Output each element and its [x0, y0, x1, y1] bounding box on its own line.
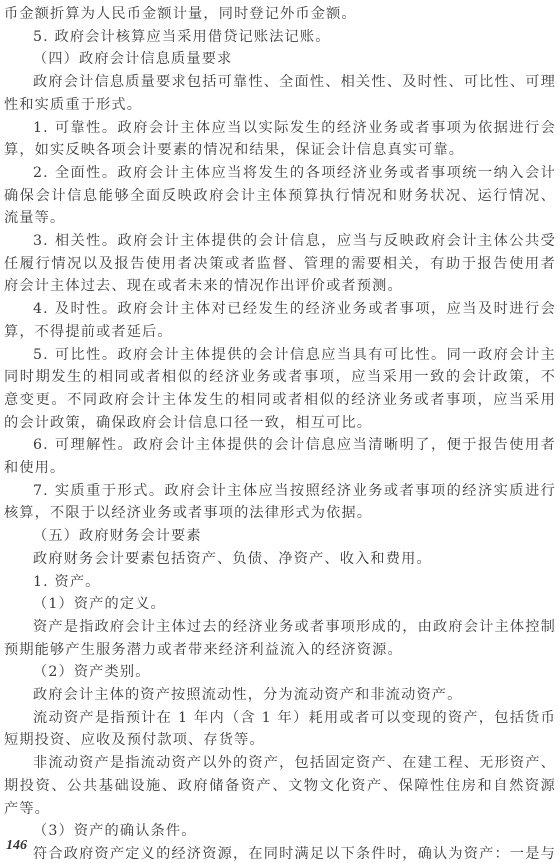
text-line: 和使用。: [4, 457, 65, 480]
text-line: （3）资产的确认条件。: [33, 820, 197, 843]
text-line: 期投资、公共基础设施、政府储备资产、文物文化资产、保障性住房和自然资源资: [4, 775, 556, 798]
text-line: 3. 相关性。政府会计主体提供的会计信息，应当与反映政府会计主体公共受托责: [33, 230, 556, 253]
text-line: 府会计主体过去、现在或者未来的情况作出评价或者预测。: [4, 275, 403, 298]
text-line: 非流动资产是指流动资产以外的资产，包括固定资产、在建工程、无形资产、长: [33, 752, 556, 775]
text-line: 币金额折算为人民币金额计量，同时登记外币金额。: [4, 3, 357, 26]
text-line: （五）政府财务会计要素: [33, 525, 202, 548]
text-line: 确保会计信息能够全面反映政府会计主体预算执行情况和财务状况、运行情况、现金: [4, 185, 556, 208]
text-line: 核算，不限于以经济业务或者事项的法律形式为依据。: [4, 502, 372, 525]
text-line: 同时期发生的相同或者相似的经济业务或者事项，应当采用一致的会计政策，不得随: [4, 366, 556, 389]
text-line: （四）政府会计信息质量要求: [33, 48, 232, 71]
text-line: 1. 可靠性。政府会计主体应当以实际发生的经济业务或者事项为依据进行会计核: [33, 117, 556, 140]
text-line: 的会计政策，确保政府会计信息口径一致，相互可比。: [4, 412, 372, 435]
text-line: 1. 资产。: [33, 571, 101, 594]
text-line: 意变更。不同政府会计主体发生的相同或者相似的经济业务或者事项，应当采用一致: [4, 389, 556, 412]
text-line: 4. 及时性。政府会计主体对已经发生的经济业务或者事项，应当及时进行会计核: [33, 298, 556, 321]
text-line: 预期能够产生服务潜力或者带来经济利益流入的经济资源。: [4, 639, 403, 662]
text-line: 政府会计信息质量要求包括可靠性、全面性、相关性、及时性、可比性、可理解: [33, 71, 556, 94]
text-line: 5. 政府会计核算应当采用借贷记账法记账。: [33, 26, 331, 49]
text-line: 6. 可理解性。政府会计主体提供的会计信息应当清晰明了，便于报告使用者理解: [33, 434, 556, 457]
text-line: （1）资产的定义。: [33, 593, 166, 616]
text-line: 5. 可比性。政府会计主体提供的会计信息应当具有可比性。同一政府会计主体不: [33, 344, 556, 367]
text-line: 2. 全面性。政府会计主体应当将发生的各项经济业务或者事项统一纳入会计核算，: [33, 162, 556, 185]
text-line: （2）资产类别。: [33, 661, 151, 684]
text-line: 政府会计主体的资产按照流动性，分为流动资产和非流动资产。: [33, 684, 462, 707]
text-line: 算，如实反映各项会计要素的情况和结果，保证会计信息真实可靠。: [4, 139, 464, 162]
text-line: 流量等。: [4, 207, 65, 230]
text-line: 任履行情况以及报告使用者决策或者监督、管理的需要相关，有助于报告使用者对政: [4, 253, 556, 276]
text-line: 政府财务会计要素包括资产、负债、净资产、收入和费用。: [33, 548, 432, 571]
text-line: 产等。: [4, 798, 50, 821]
text-line: 性和实质重于形式。: [4, 94, 142, 117]
page-number: 146: [6, 838, 27, 854]
text-line: 符合政府资产定义的经济资源，在同时满足以下条件时，确认为资产：一是与该: [33, 843, 556, 863]
text-line: 算，不得提前或者延后。: [4, 321, 173, 344]
text-line: 流动资产是指预计在 1 年内（含 1 年）耗用或者可以变现的资产，包括货币资金、: [33, 707, 556, 730]
text-line: 7. 实质重于形式。政府会计主体应当按照经济业务或者事项的经济实质进行会计: [33, 480, 556, 503]
text-line: 资产是指政府会计主体过去的经济业务或者事项形成的，由政府会计主体控制的，: [33, 616, 556, 639]
text-line: 短期投资、应收及预付款项、存货等。: [4, 729, 265, 752]
